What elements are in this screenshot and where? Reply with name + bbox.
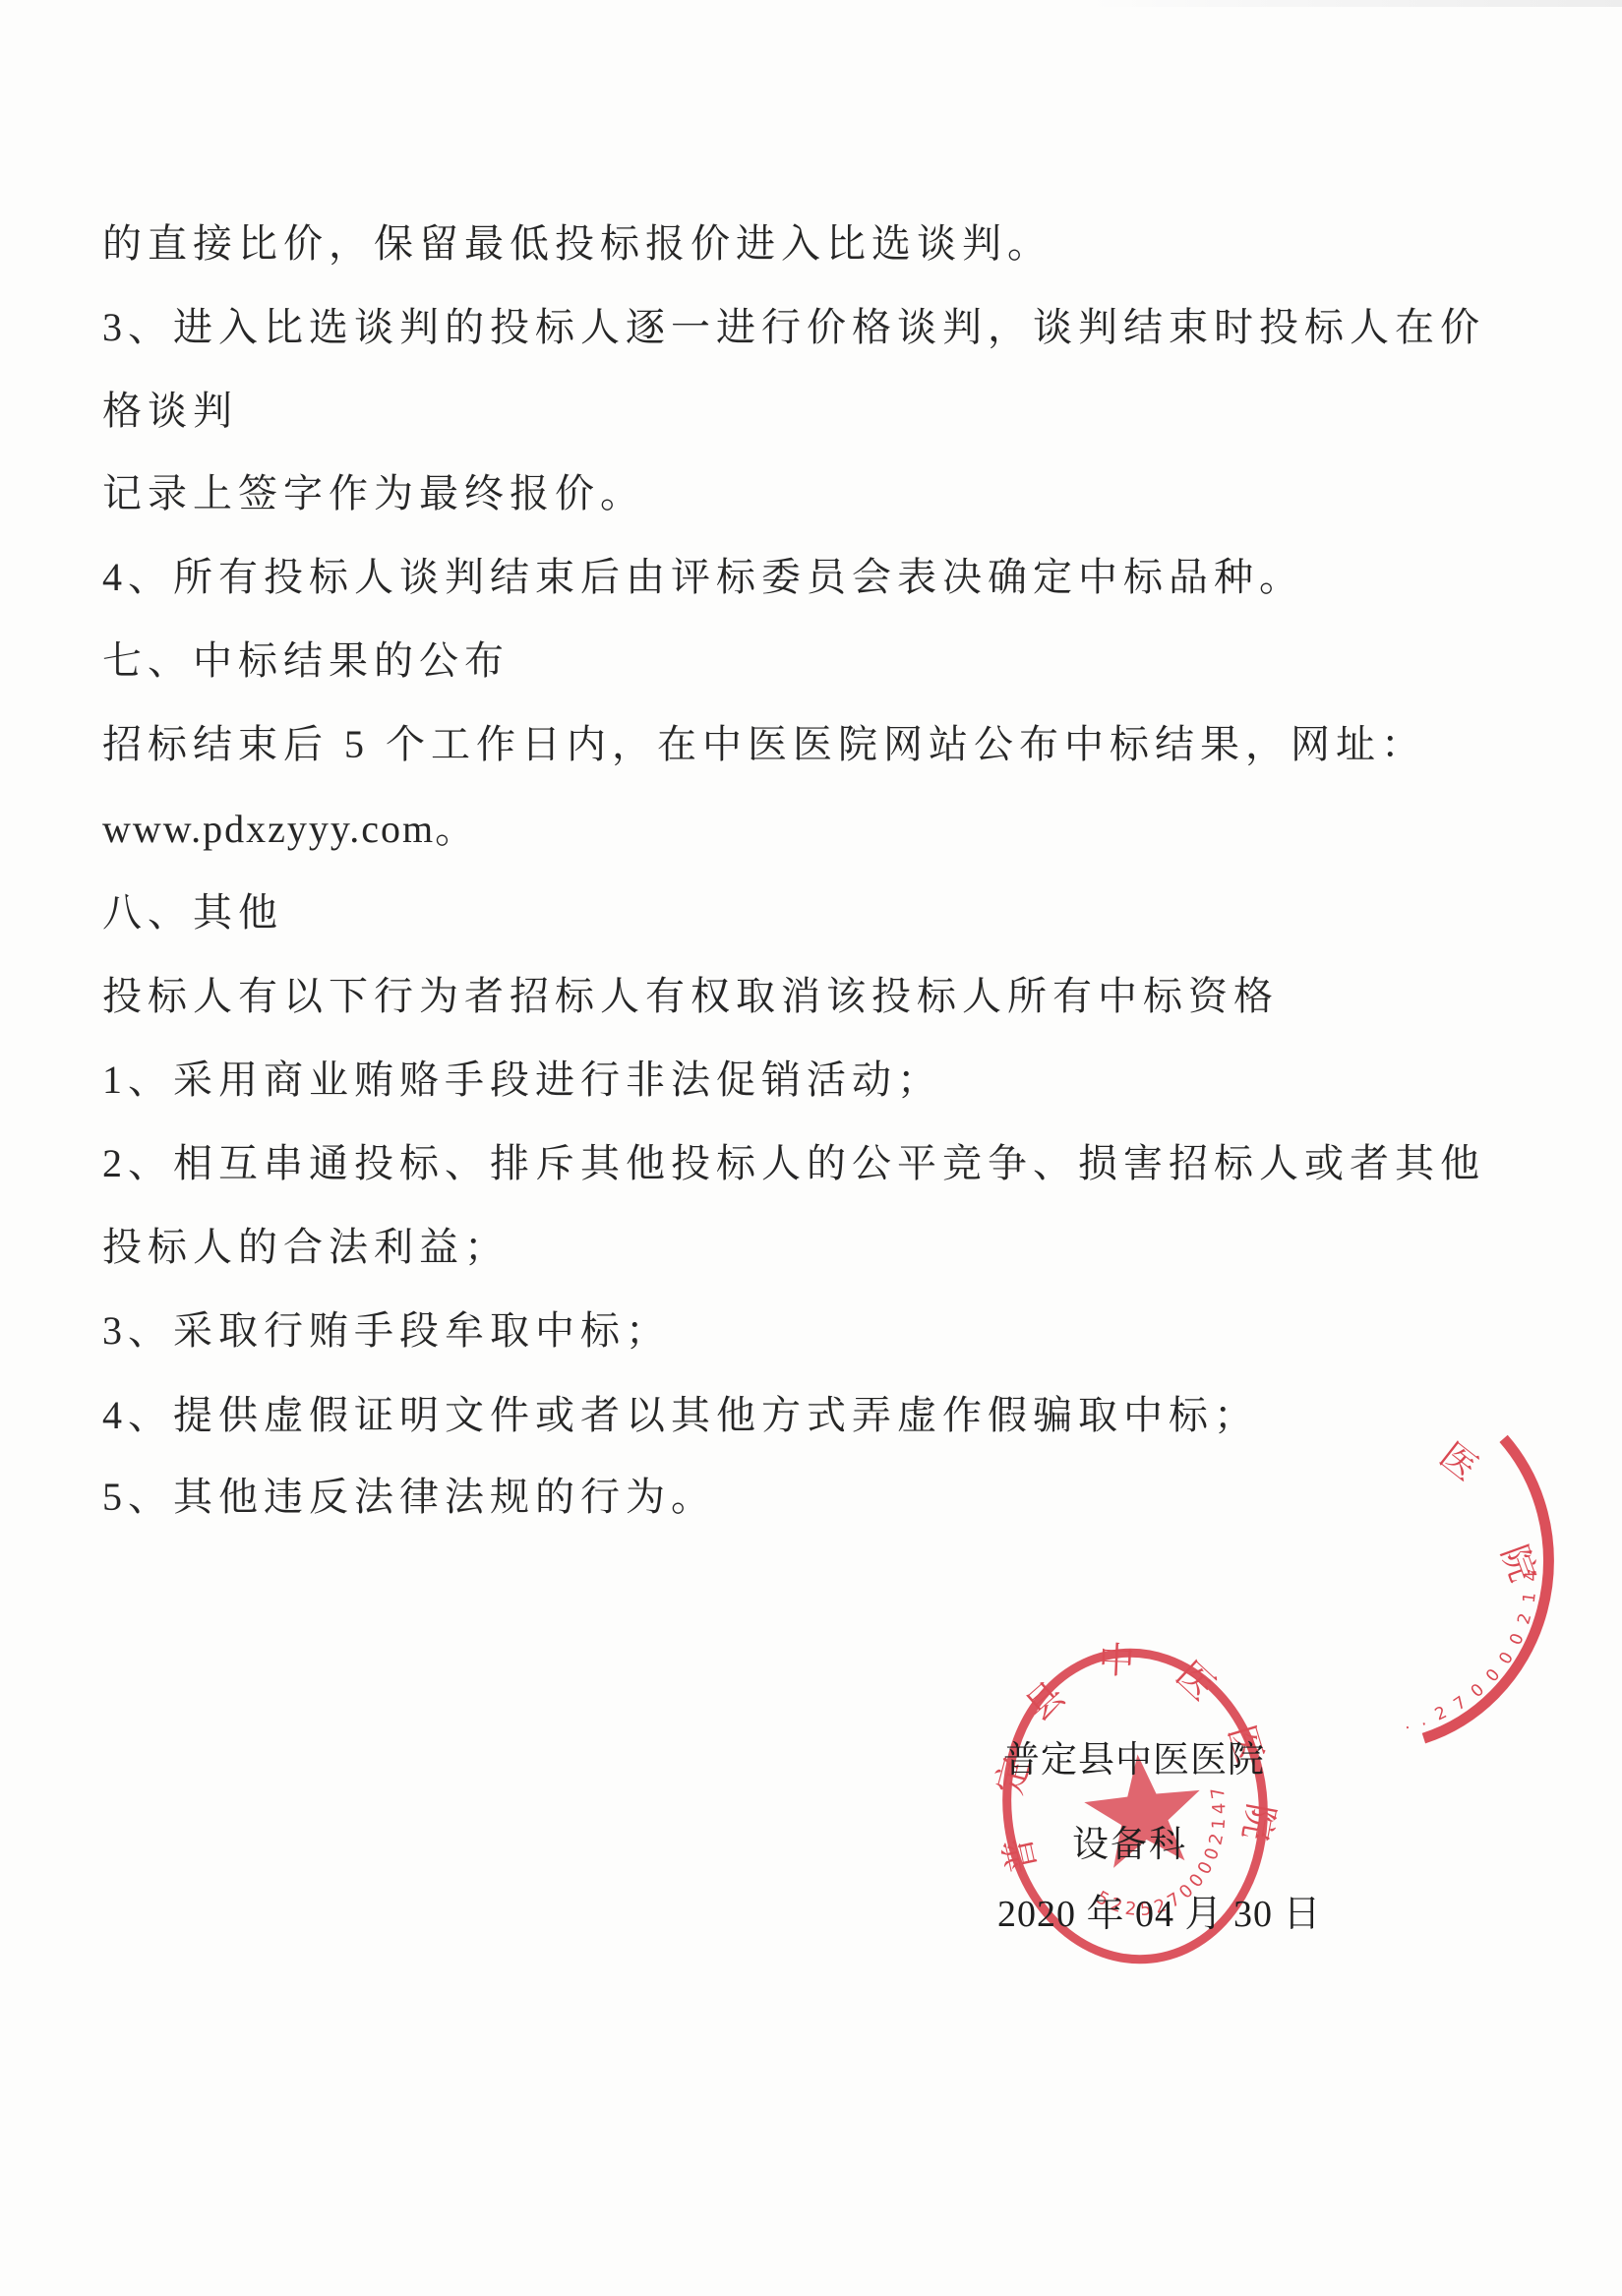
doc-line: 投标人有以下行为者招标人有权取消该投标人所有中标资格 bbox=[102, 973, 1279, 1020]
edge-seal-char: 院 bbox=[1494, 1540, 1543, 1587]
doc-line: 招标结束后 5 个工作日内，在中医医院网站公布中标结果，网址： bbox=[102, 721, 1426, 768]
scanned-document-page: 的直接比价，保留最低投标报价进入比选谈判。 3、进入比选谈判的投标人逐一进行价格… bbox=[0, 0, 1622, 2296]
signature-organization: 普定县中医医院 bbox=[1003, 1729, 1265, 1782]
doc-line: 4、提供虚假证明文件或者以其他方式弄虚作假骗取中标； bbox=[102, 1392, 1259, 1439]
svg-text:..270000214: ..270000214 bbox=[1400, 1542, 1545, 1749]
edge-seal-char: 医 bbox=[1432, 1435, 1484, 1488]
doc-line: 5、其他违反法律法规的行为。 bbox=[102, 1474, 716, 1521]
doc-line: 格谈判 bbox=[102, 388, 238, 435]
edge-seal-serial-number: ..270000214 bbox=[1400, 1542, 1545, 1749]
signature-date: 2020 年 04 月 30 日 bbox=[997, 1883, 1322, 1937]
doc-line: 投标人的合法利益； bbox=[102, 1224, 510, 1271]
doc-line: 4、所有投标人谈判结束后由评标委员会表决确定中标品种。 bbox=[102, 554, 1304, 601]
doc-line: 3、进入比选谈判的投标人逐一进行价格谈判，谈判结束时投标人在价 bbox=[102, 304, 1485, 351]
doc-line: 记录上签字作为最终报价。 bbox=[102, 470, 645, 517]
doc-line: 的直接比价，保留最低投标报价进入比选谈判。 bbox=[102, 220, 1052, 268]
doc-line: 八、其他 bbox=[102, 889, 283, 937]
scan-artifact bbox=[1091, 0, 1622, 7]
doc-line-url: www.pdxzyyy.com。 bbox=[102, 806, 476, 853]
edge-seal-stamp: 医 院 ..270000214 bbox=[1395, 1429, 1566, 1752]
signature-department: 设备科 bbox=[1072, 1814, 1187, 1867]
doc-line: 1、采用商业贿赂手段进行非法促销活动； bbox=[102, 1057, 942, 1104]
doc-line: 七、中标结果的公布 bbox=[102, 637, 510, 685]
doc-line: 3、采取行贿手段牟取中标； bbox=[102, 1307, 671, 1355]
doc-line: 2、相互串通投标、排斥其他投标人的公平竞争、损害招标人或者其他 bbox=[102, 1140, 1485, 1187]
